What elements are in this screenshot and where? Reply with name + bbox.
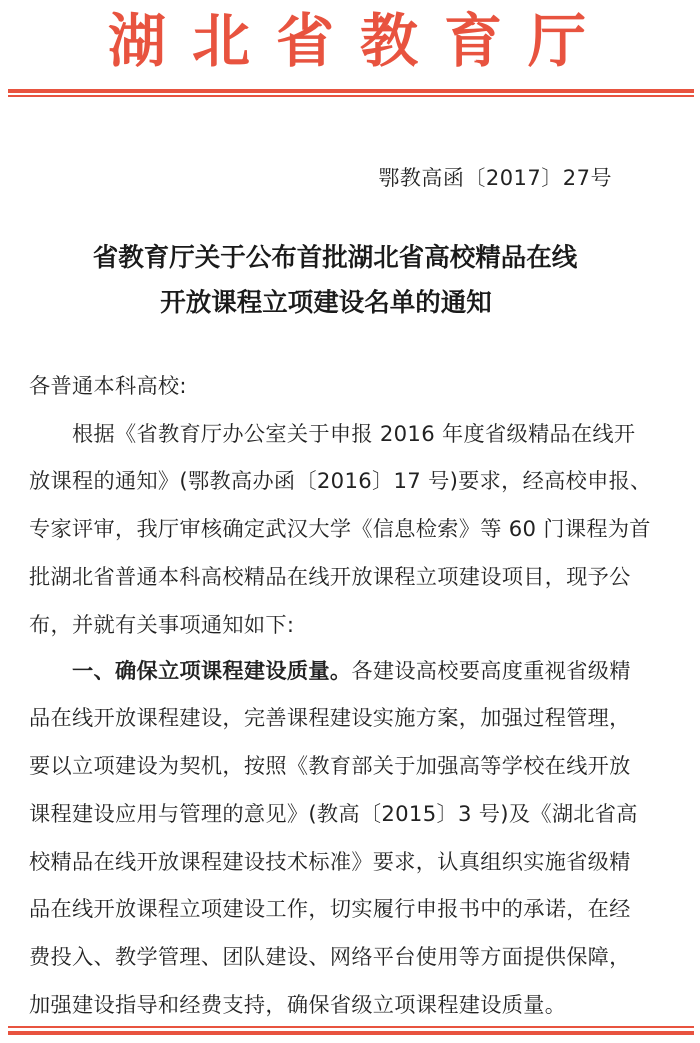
letterhead-rule-thick	[8, 89, 694, 93]
section1-line: 要以立项建设为契机，按照《教育部关于加强高等学校在线开放	[29, 750, 631, 780]
footer-rule-thick	[8, 1031, 694, 1035]
letterhead-issuer: 湖北省教育厅	[0, 8, 700, 74]
document-title-line2: 开放课程立项建设名单的通知	[0, 283, 700, 319]
section1-line: 校精品在线开放课程建设技术标准》要求，认真组织实施省级精	[29, 846, 631, 876]
intro-line: 布，并就有关事项通知如下:	[29, 609, 294, 639]
intro-line: 根据《省教育厅办公室关于申报 2016 年度省级精品在线开	[72, 418, 635, 448]
section1-first-line: 一、确保立项课程建设质量。各建设高校要高度重视省级精	[72, 655, 631, 685]
section1-line: 加强建设指导和经费支持，确保省级立项课程建设质量。	[29, 989, 566, 1019]
section1-line: 品在线开放课程建设，完善课程建设实施方案，加强过程管理，	[29, 702, 631, 732]
section1-first-line-text: 各建设高校要高度重视省级精	[351, 658, 630, 683]
document-title-line1: 省教育厅关于公布首批湖北省高校精品在线	[0, 238, 700, 274]
section1-line: 课程建设应用与管理的意见》(教高〔2015〕3 号)及《湖北省高	[29, 798, 638, 828]
document-number: 鄂教高函〔2017〕27号	[378, 162, 612, 192]
footer-rule-thin	[8, 1026, 694, 1028]
section1-line: 品在线开放课程立项建设工作，切实履行申报书中的承诺，在经	[29, 893, 631, 923]
section1-heading: 一、确保立项课程建设质量。	[72, 658, 351, 683]
letterhead-rule-thin	[8, 95, 694, 97]
intro-line: 批湖北省普通本科高校精品在线开放课程立项建设项目，现予公	[29, 561, 631, 591]
section1-line: 费投入、教学管理、团队建设、网络平台使用等方面提供保障，	[29, 941, 631, 971]
salutation: 各普通本科高校:	[29, 370, 187, 400]
intro-line: 放课程的通知》(鄂教高办函〔2016〕17 号)要求，经高校申报、	[29, 465, 652, 495]
intro-line: 专家评审，我厅审核确定武汉大学《信息检索》等 60 门课程为首	[29, 513, 651, 543]
